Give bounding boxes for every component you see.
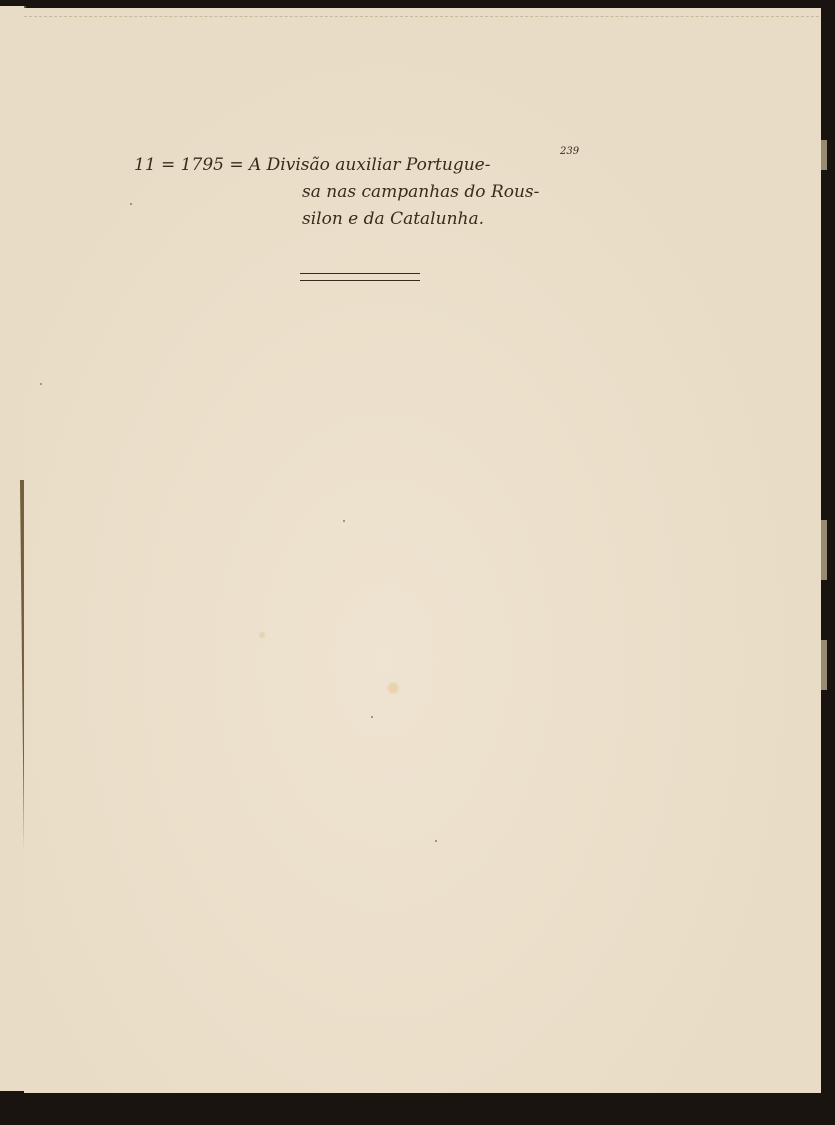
double-rule-divider: [300, 273, 420, 281]
page-bottom-edge: [0, 1093, 835, 1125]
page-top-edge: [24, 6, 824, 17]
entry-line-2: sa nas campanhas do Rous-: [134, 179, 604, 206]
ink-speck: [435, 840, 437, 842]
entry-line-1: 11 = 1795 = A Divisão auxiliar Portugue-: [134, 152, 604, 179]
ink-speck: [130, 203, 132, 205]
handwritten-entry: 11 = 1795 = A Divisão auxiliar Portugue-…: [134, 152, 604, 233]
ink-speck: [343, 520, 345, 522]
torn-right-edge: [821, 0, 835, 1125]
ink-speck: [371, 716, 373, 718]
entry-line-3: silon e da Catalunha.: [134, 206, 604, 233]
ink-speck: [40, 383, 42, 385]
